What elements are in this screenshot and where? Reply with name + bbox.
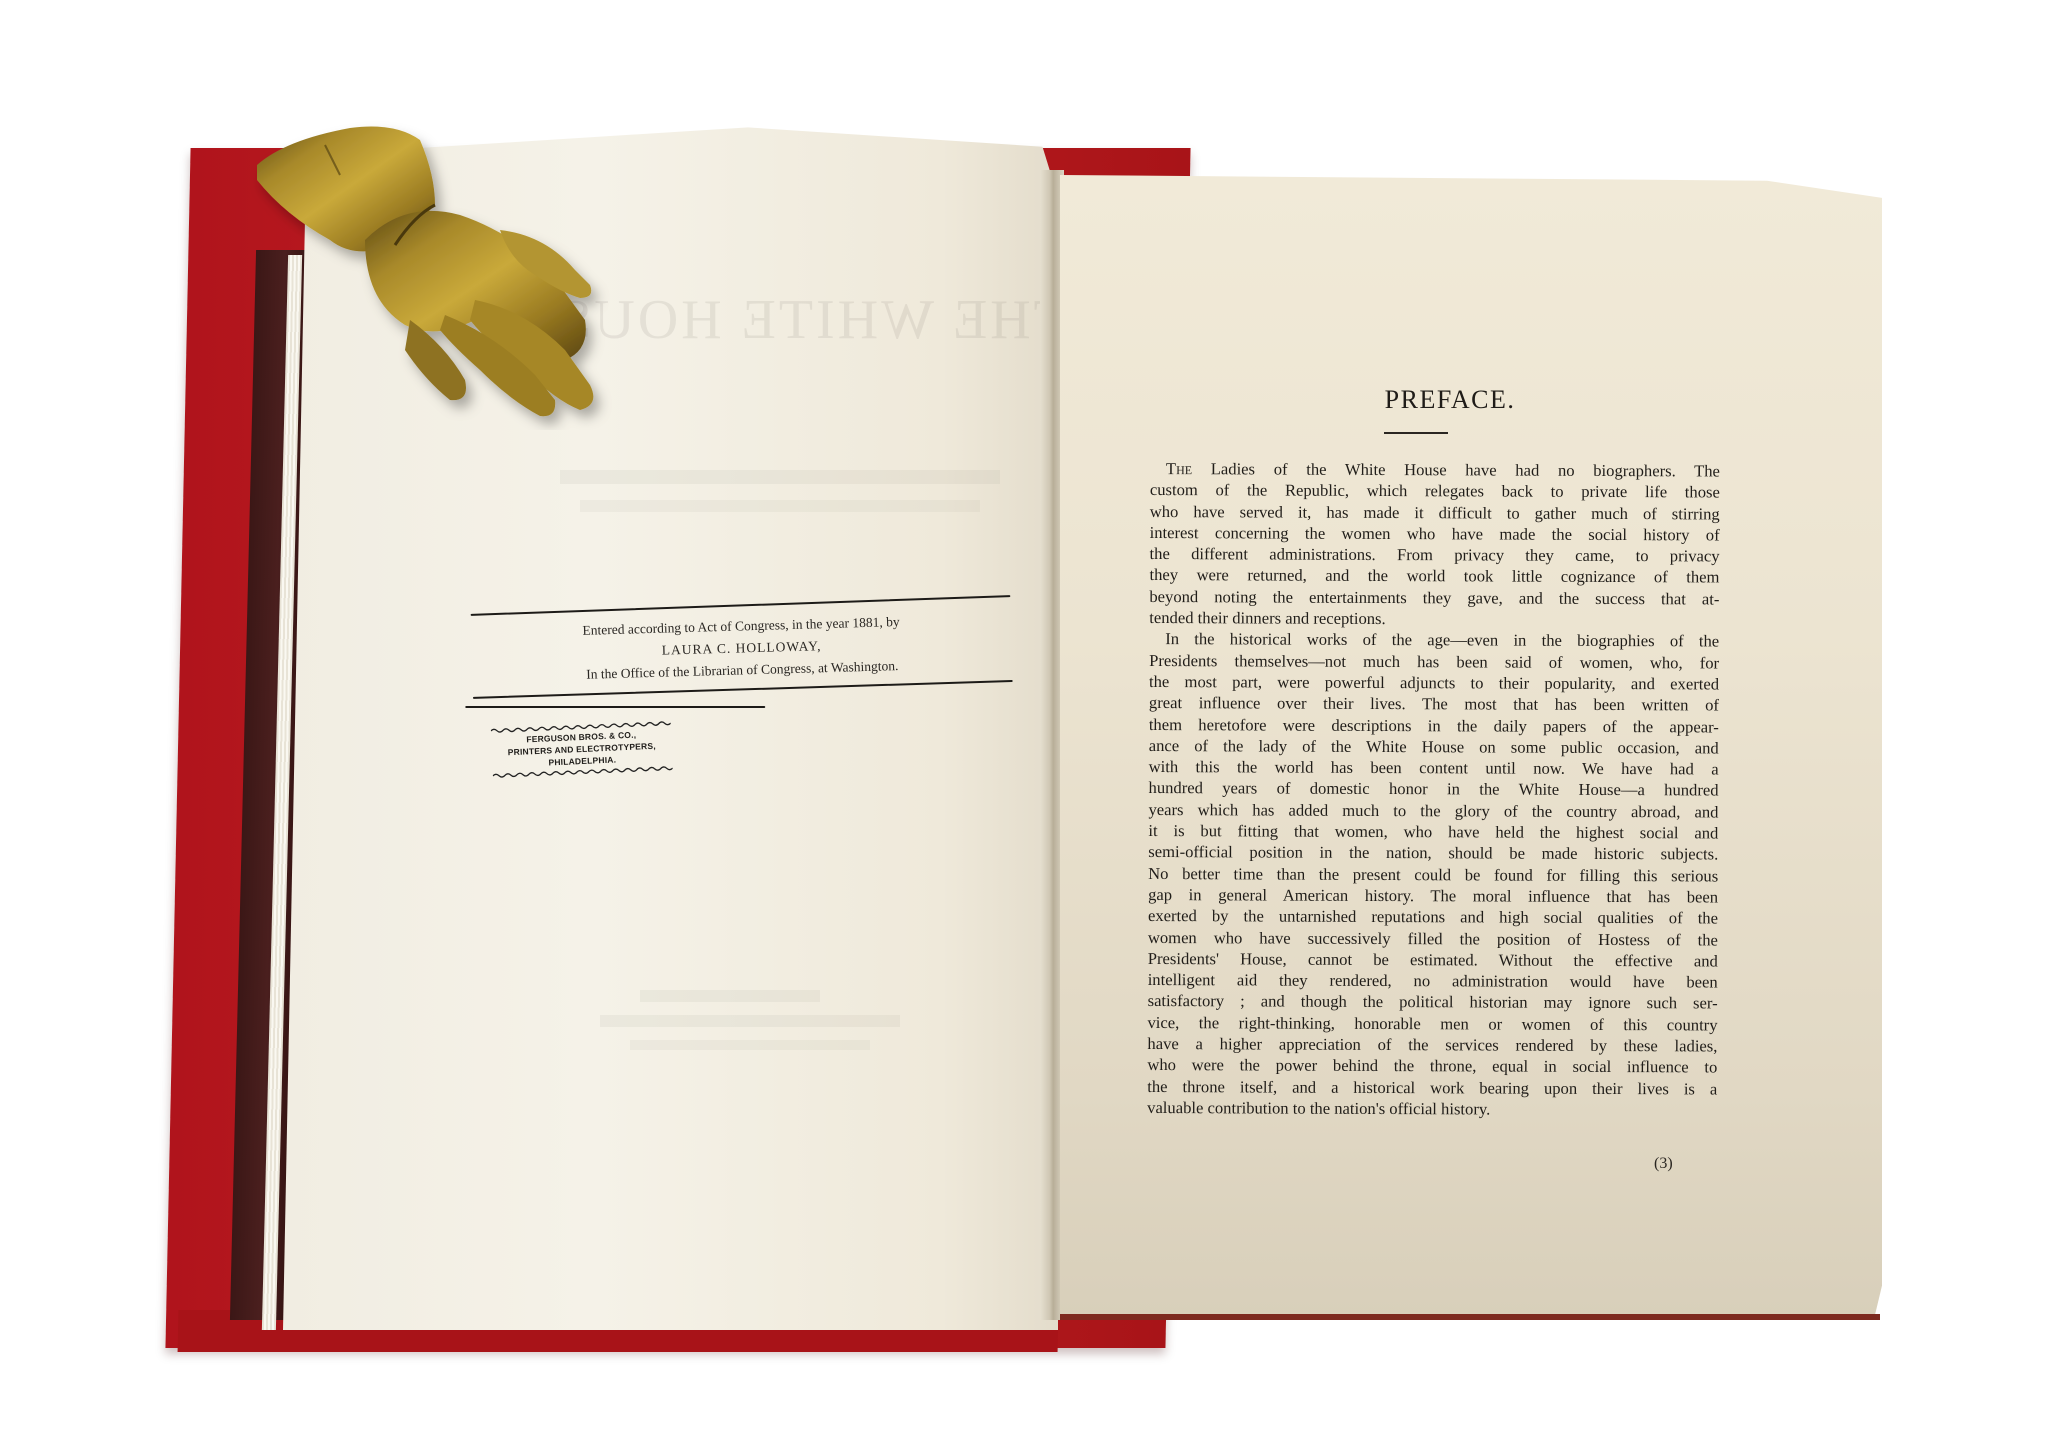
text-line: years which has added much to the glory … <box>1148 799 1718 823</box>
text-line: with this the world has been content unt… <box>1149 756 1719 780</box>
text-line: semi-official position in the nation, sh… <box>1148 841 1718 865</box>
text-line: women who have successively filled the p… <box>1148 927 1718 951</box>
text-line: them heretofore were descriptions in the… <box>1149 714 1719 738</box>
text-line: beyond noting the entertainments they ga… <box>1149 586 1719 610</box>
text-line: valuable contribution to the nation's of… <box>1147 1097 1717 1121</box>
text-line: ance of the lady of the White House on s… <box>1149 735 1719 759</box>
copyright-rule-lower <box>465 706 765 708</box>
text-line: exerted by the untarnished reputations a… <box>1148 905 1718 929</box>
text-line: who have served it, has made it difficul… <box>1150 501 1720 525</box>
text-line: Presidents themselves—not much has been … <box>1149 650 1719 674</box>
lead-word: The <box>1166 459 1192 478</box>
page-title: PREFACE. <box>1060 385 1840 415</box>
text-line: interest concerning the women who have m… <box>1150 522 1720 546</box>
preface-body: The Ladies of the White House have had n… <box>1147 458 1720 1121</box>
text-line: custom of the Republic, which relegates … <box>1150 479 1720 503</box>
text-line: have a higher appreciation of the servic… <box>1147 1033 1717 1057</box>
right-page-bottom-edge <box>1060 1314 1880 1320</box>
text-line: the throne itself, and a historical work… <box>1147 1076 1717 1100</box>
text-line: In the historical works of the age—even … <box>1149 628 1719 652</box>
gilt-hand-paperweight-icon <box>245 120 625 430</box>
printer-stamp: FERGUSON BROS. & CO., PRINTERS AND ELECT… <box>491 720 673 788</box>
title-rule <box>1384 432 1448 434</box>
text-line: tended their dinners and receptions. <box>1149 607 1719 631</box>
text-line: satisfactory ; and though the political … <box>1148 990 1718 1014</box>
text-line: Presidents' House, cannot be estimated. … <box>1148 948 1718 972</box>
text-line: the most part, were powerful adjuncts to… <box>1149 671 1719 695</box>
text-line: great influence over their lives. The mo… <box>1149 692 1719 716</box>
copyright-notice: Entered according to Act of Congress, in… <box>470 577 1013 692</box>
text-line: The Ladies of the White House have had n… <box>1150 458 1720 482</box>
page-number: (3) <box>1654 1155 1673 1173</box>
text-line: vice, the right-thinking, honorable men … <box>1147 1012 1717 1036</box>
text-line: hundred years of domestic honor in the W… <box>1149 777 1719 801</box>
text-line: No better time than the present could be… <box>1148 863 1718 887</box>
text-line: gap in general American history. The mor… <box>1148 884 1718 908</box>
text-line: it is but fitting that women, who have h… <box>1148 820 1718 844</box>
text-line: who were the power behind the throne, eq… <box>1147 1054 1717 1078</box>
text-line: they were returned, and the world took l… <box>1149 564 1719 588</box>
text-line: intelligent aid they rendered, no admini… <box>1148 969 1718 993</box>
text-line: the different administrations. From priv… <box>1150 543 1720 567</box>
